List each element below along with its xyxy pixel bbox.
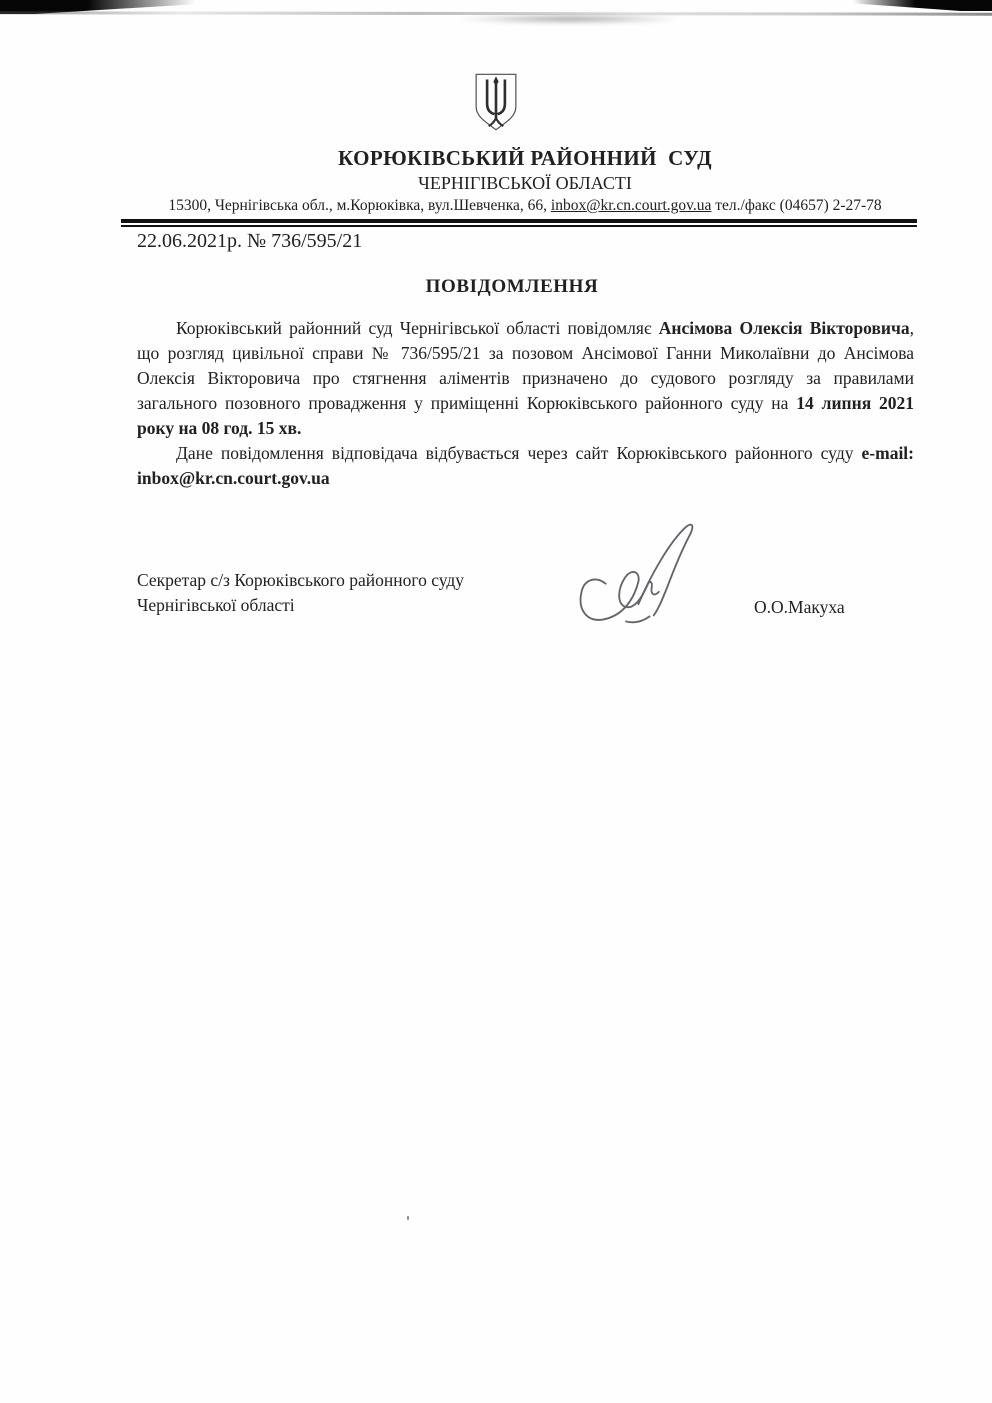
letterhead-divider bbox=[121, 219, 917, 227]
document-title: ПОВІДОМЛЕННЯ bbox=[137, 276, 887, 298]
signatory-name: О.О.Макуха bbox=[754, 595, 845, 620]
court-address-line: 15300, Чернігівська обл., м.Корюківка, в… bbox=[137, 196, 913, 215]
body-paragraph-1: Корюківський районний суд Чернігівської … bbox=[137, 316, 914, 441]
scan-edge-artifact-right bbox=[852, 0, 992, 11]
court-email: inbox@kr.cn.court.gov.ua bbox=[551, 197, 712, 214]
scanned-court-notice-document: КОРЮКІВСЬКИЙ РАЙОННИЙ СУД ЧЕРНІГІВСЬКОЇ … bbox=[0, 0, 992, 1403]
body-paragraph-2: Дане повідомлення відповідача відбуваєть… bbox=[137, 441, 914, 491]
court-region: ЧЕРНІГІВСЬКОЇ ОБЛАСТІ bbox=[137, 172, 913, 194]
dust-speck bbox=[407, 1216, 409, 1220]
signature-role-line1: Секретар с/з Корюківського районного суд… bbox=[137, 568, 914, 593]
ukraine-trident-emblem-icon bbox=[473, 72, 519, 132]
letterhead: КОРЮКІВСЬКИЙ РАЙОННИЙ СУД ЧЕРНІГІВСЬКОЇ … bbox=[137, 146, 913, 215]
notice-body: Корюківський районний суд Чернігівської … bbox=[137, 316, 914, 491]
signature-block: Секретар с/з Корюківського районного суд… bbox=[137, 568, 914, 618]
scan-smudge bbox=[455, 14, 685, 24]
reference-date-number: 22.06.2021р. № 736/595/21 bbox=[137, 230, 362, 253]
address-text: 15300, Чернігівська обл., м.Корюківка, в… bbox=[168, 197, 551, 214]
phone-fax-text: тел./факс (04657) 2-27-78 bbox=[711, 197, 881, 214]
court-name: КОРЮКІВСЬКИЙ РАЙОННИЙ СУД bbox=[137, 146, 913, 170]
